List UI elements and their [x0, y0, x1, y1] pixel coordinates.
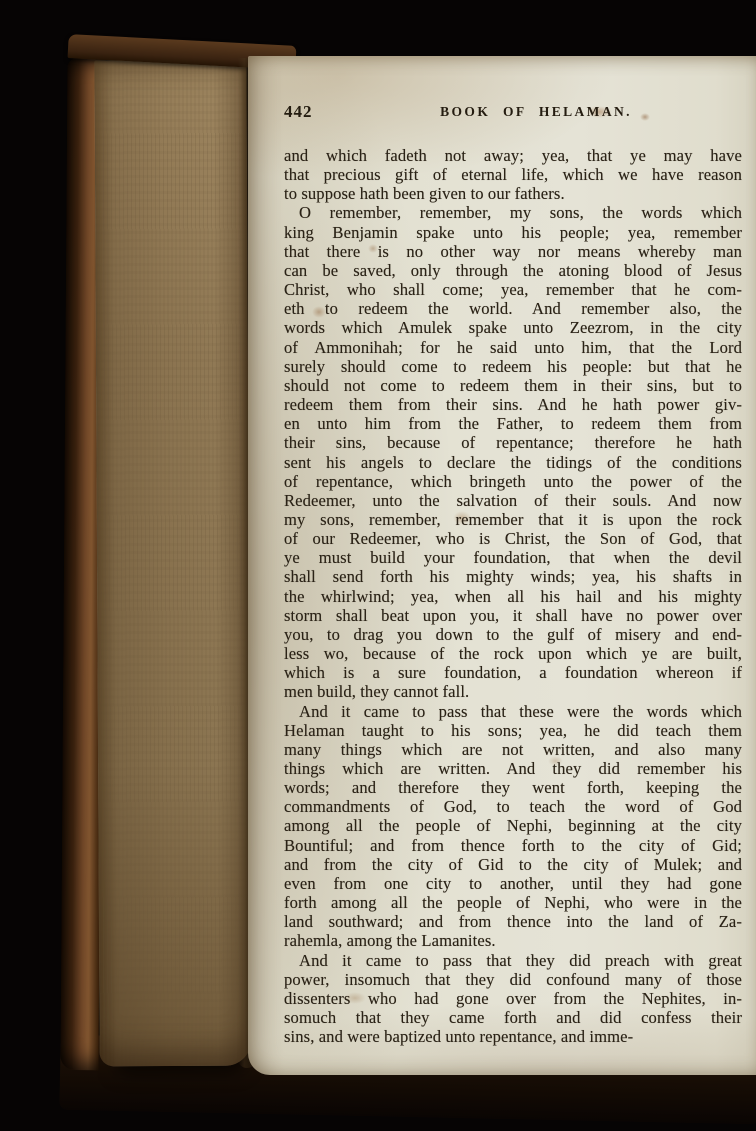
text-line: eth to redeem the world. And remember al… — [284, 299, 742, 318]
text-line: their sins, because of repentance; there… — [284, 433, 742, 452]
text-line: commandments of God, to teach the word o… — [284, 797, 742, 816]
printed-area: 442 BOOK OF HELAMAN. and which fadeth no… — [284, 102, 742, 1046]
text-line: shall send forth his mighty winds; yea, … — [284, 567, 742, 586]
text-line: words which Amulek spake unto Zeezrom, i… — [284, 318, 742, 337]
text-line: king Benjamin spake unto his people; yea… — [284, 223, 742, 242]
text-line: sent his angels to declare the tidings o… — [284, 453, 742, 472]
text-line: power, insomuch that they did confound m… — [284, 970, 742, 989]
text-line: you, to drag you down to the gulf of mis… — [284, 625, 742, 644]
text-line: redeem them from their sins. And he hath… — [284, 395, 742, 414]
text-line: Redeemer, unto the salvation of their so… — [284, 491, 742, 510]
text-line: dissenters who had gone over from the Ne… — [284, 989, 742, 1008]
text-line: And it came to pass that these were the … — [284, 702, 742, 721]
page-header: 442 BOOK OF HELAMAN. — [284, 102, 742, 124]
text-line: less wo, because of the rock upon which … — [284, 644, 742, 663]
text-line: my sons, remember, remember that it is u… — [284, 510, 742, 529]
text-line: which is a sure foundation, a foundation… — [284, 663, 742, 682]
text-line: en unto him from the Father, to redeem t… — [284, 414, 742, 433]
text-line: rahemla, among the Lamanites. — [284, 931, 742, 950]
text-line: can be saved, only through the atoning b… — [284, 261, 742, 280]
text-line: should not come to redeem them in their … — [284, 376, 742, 395]
text-line: O remember, remember, my sons, the words… — [284, 203, 742, 222]
text-line: And it came to pass that they did preach… — [284, 951, 742, 970]
text-line: and which fadeth not away; yea, that ye … — [284, 146, 742, 165]
photo-background: 442 BOOK OF HELAMAN. and which fadeth no… — [0, 0, 756, 1131]
text-line: to suppose hath been given to our father… — [284, 184, 742, 203]
text-line: somuch that they came forth and did conf… — [284, 1008, 742, 1027]
running-header: BOOK OF HELAMAN. — [440, 104, 632, 120]
text-line: Christ, who shall come; yea, remember th… — [284, 280, 742, 299]
text-line: the whirlwind; yea, when all his hail an… — [284, 587, 742, 606]
book-page: 442 BOOK OF HELAMAN. and which fadeth no… — [248, 56, 756, 1075]
page-number: 442 — [284, 102, 313, 122]
text-line: that there is no other way nor means whe… — [284, 242, 742, 261]
text-line: many things which are not written, and a… — [284, 740, 742, 759]
text-line: words; and therefore they went forth, ke… — [284, 778, 742, 797]
text-line: Helaman taught to his sons; yea, he did … — [284, 721, 742, 740]
text-line: among all the people of Nephi, beginning… — [284, 816, 742, 835]
text-line: forth among all the people of Nephi, who… — [284, 893, 742, 912]
text-line: of repentance, which bringeth unto the p… — [284, 472, 742, 491]
text-line: storm shall beat upon you, it shall have… — [284, 606, 742, 625]
text-line: men build, they cannot fall. — [284, 682, 742, 701]
text-line: things which are written. And they did r… — [284, 759, 742, 778]
page-text: and which fadeth not away; yea, that ye … — [284, 146, 742, 1046]
book-page-edges — [94, 60, 251, 1067]
text-line: and from the city of Gid to the city of … — [284, 855, 742, 874]
text-line: surely should come to redeem his people:… — [284, 357, 742, 376]
text-line: sins, and were baptized unto repentance,… — [284, 1027, 742, 1046]
text-line: of our Redeemer, who is Christ, the Son … — [284, 529, 742, 548]
text-line: land southward; and from thence into the… — [284, 912, 742, 931]
text-line: Bountiful; and from thence forth to the … — [284, 836, 742, 855]
text-line: ye must build your foundation, that when… — [284, 548, 742, 567]
text-line: of Ammonihah; for he said unto him, that… — [284, 338, 742, 357]
text-line: even from one city to another, until the… — [284, 874, 742, 893]
text-line: that precious gift of eternal life, whic… — [284, 165, 742, 184]
